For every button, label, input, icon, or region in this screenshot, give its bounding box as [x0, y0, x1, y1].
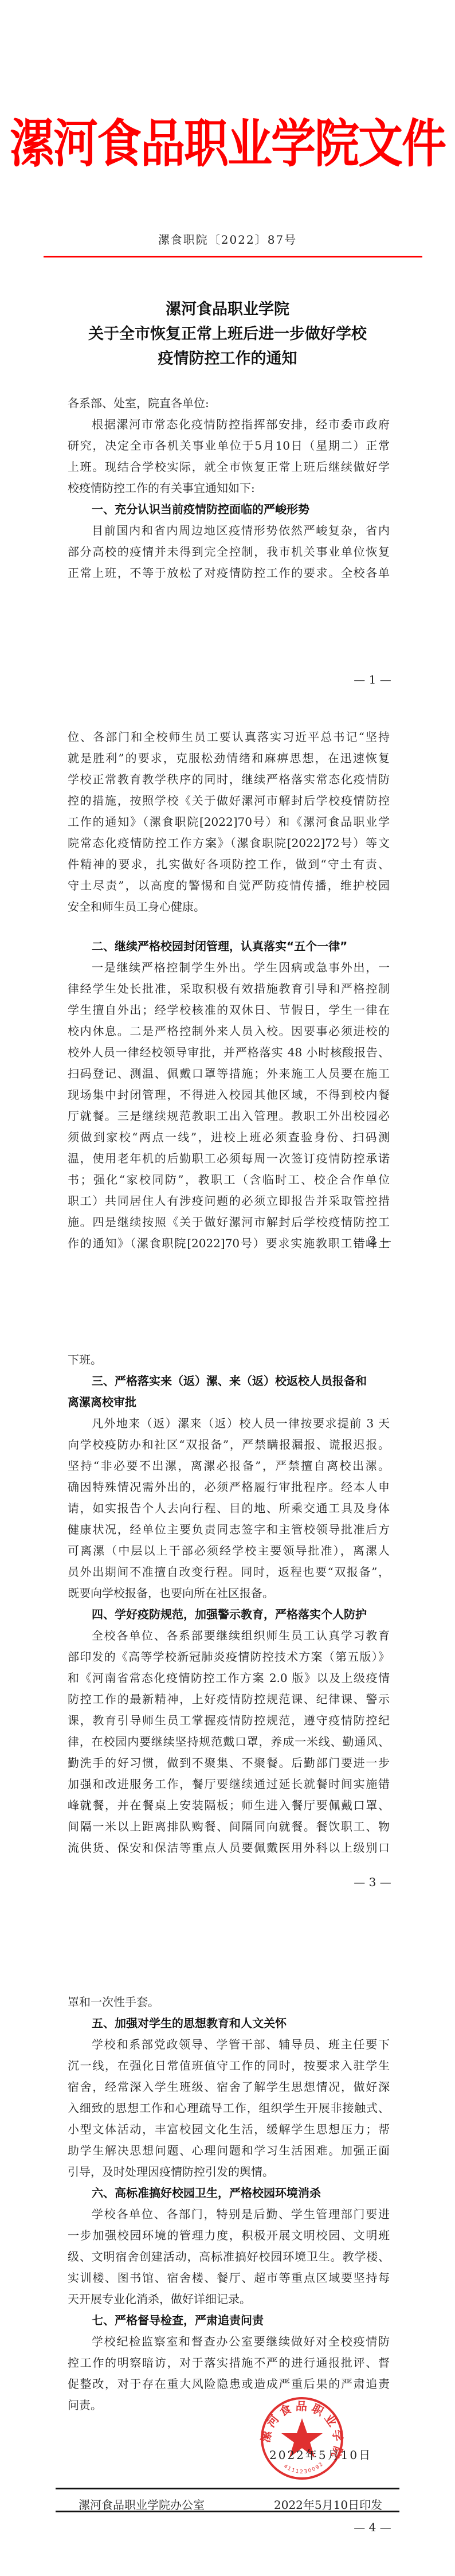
body-text-line: 一是继续严格控制学生外出。学生因病或急事外出，一 [92, 957, 390, 978]
body-text-line: 施。四是继续按照《关于做好漯河市解封后学校疫情防控工 [68, 1212, 390, 1233]
body-text-line: 峰就餐，并在餐桌上安装隔板；师生进入餐厅要佩戴口罩、 [68, 1795, 390, 1816]
seal-star-icon: 漯河食品职业学院 4111230092 [259, 2395, 345, 2481]
body-text-line: 罩和一次性手套。 [68, 1992, 390, 2013]
section-heading: 六、高标准搞好校园卫生，严格校园环境消杀 [92, 2183, 321, 2204]
body-text-line: 可离漯（中层以上干部必须经学校主要领导批准），离漯人 [68, 1540, 390, 1562]
section-heading: 一、充分认识当前疫情防控面临的严峻形势 [92, 499, 309, 520]
body-text-line: 助学生解决思想问题、心理问题和学习生活困难。加强正面 [68, 2140, 390, 2161]
body-text-line: 部印发的《高等学校新冠肺炎疫情防控技术方案（第五版）》 [68, 1646, 390, 1668]
body-text-line: 控工作的明察暗访，对于落实措施不严的进行通报批评、督 [68, 2352, 390, 2374]
body-text-line: 宿舍，经常深入学生班级、宿舍了解学生思想情况，做好深 [68, 2077, 390, 2098]
body-text-line: 部分高校的疫情并未得到完全控制，我市机关事业单位恢复 [68, 541, 390, 563]
body-text-line: 控的措施，按照学校《关于做好漯河市解封后学校疫情防控 [68, 790, 390, 811]
body-text-line: 下班。 [68, 1349, 390, 1371]
body-text-line: 健康状况，经单位主要负责同志签字和主管校领导批准后方 [68, 1519, 390, 1540]
body-text-line: 天开展专业化消杀，做好详细记录。 [68, 2289, 390, 2310]
section-heading: 二、继续严格校园封闭管理，认真落实“五个一律” [92, 936, 347, 957]
body-text-line: 目前国内和省内周边地区疫情形势依然严峻复杂，省内 [92, 520, 390, 541]
page-number-1: — 1 — [350, 673, 395, 686]
body-text-line: 既要向学校报备，也要向所在社区报备。 [68, 1583, 390, 1604]
body-text-line: 现场集中封闭管理，不得进入校园其他区域，不得到校内餐 [68, 1084, 390, 1106]
body-text-line: 学校纪检监察室和督查办公室要继续做好对全校疫情防 [92, 2331, 390, 2352]
section-heading: 离漯离校审批 [68, 1392, 136, 1413]
body-text-line: 坚持“非必要不出漯，离漯必报备”，严禁擅自离校出漯。 [68, 1455, 390, 1477]
body-text-line: 间隔一米以上距离排队购餐、间隔同向就餐。餐饮职工、物 [68, 1816, 390, 1837]
body-text-line: 作的通知》（漯食职院[2022]70号）要求实施教职工错峰上 [68, 1233, 390, 1254]
body-text-line: 勤洗手的好习惯，做到不聚集、不聚餐。后勤部门要进一步 [68, 1753, 390, 1774]
body-text-line: 凡外地来（返）漯来（返）校人员一律按要求提前 3 天 [92, 1413, 390, 1434]
notice-title-line-2: 关于全市恢复正常上班后进一步做好学校 [0, 322, 455, 346]
section-heading: 七、严格督导检查，严肃追责问责 [92, 2310, 264, 2331]
body-text-line: 位、各部门和全校师生员工要认真落实习近平总书记“坚持 [68, 727, 390, 748]
body-text-line: 向学校疫防办和社区“双报备”，严禁瞒报漏报、谎报迟报。 [68, 1434, 390, 1455]
body-text-line: 实训楼、图书馆、宿舍楼、餐厅、超市等重点区域要坚持每 [68, 2267, 390, 2289]
page-number-2: — 2 — [350, 1234, 395, 1247]
body-text-line: 职工）共同居住人有涉疫问题的必须立即报告并采取管控措 [68, 1191, 390, 1212]
body-text-line: 入细致的思想工作和心理疏导工作，组织学生开展非接触式、 [68, 2098, 390, 2119]
body-text-line: 安全和师生员工身心健康。 [68, 896, 390, 918]
red-header-rule [44, 256, 422, 257]
body-text-line: 工作的通知》（漯食职院[2022]70号）和《漯河食品职业学 [68, 811, 390, 833]
document-number: 漯食职院〔2022〕87号 [0, 231, 455, 247]
section-heading: 五、加强对学生的思想教育和人文关怀 [92, 2013, 287, 2034]
body-text-line: 守土尽责”，以高度的警惕和自觉严防疫情传播，维护校园 [68, 875, 390, 896]
body-text-line: 校疫情防控工作的有关事宜通知如下: [68, 478, 390, 499]
section-heading: 四、学好疫防规范，加强警示教育，严格落实个人防护 [92, 1604, 367, 1625]
page-number-3: — 3 — [350, 1875, 395, 1889]
body-text-line: 防控工作的最新精神，上好疫情防控规范课、纪律课、警示 [68, 1689, 390, 1710]
footer-rule-top [56, 2488, 399, 2489]
body-text-line: 院常态化疫情防控工作方案》（漯食职院[2022]72号）等文 [68, 833, 390, 854]
print-date: 2022年5月10日印发 [274, 2496, 382, 2512]
section-heading: 三、严格落实来（返）漯、来（返）校返校人员报备和 [92, 1371, 367, 1392]
body-text-line: 促整改，对于存在重大风险隐患或造成严重后果的严肃追责 [68, 2374, 390, 2395]
body-text-line: 校内休息。二是严格控制外来人员入校。因要事必须进校的 [68, 1021, 390, 1042]
body-text-line: 扫码登记、测温、佩戴口罩等措施；外来施工人员要在施工 [68, 1063, 390, 1084]
page-number-4: — 4 — [350, 2520, 395, 2534]
body-text-line: 律，在校园内要继续坚持规范戴口罩，养成一米线、勤通风、 [68, 1731, 390, 1753]
body-text-line: 全校各单位、各系部要继续组织师生员工认真学习教育 [92, 1625, 390, 1646]
notice-title-line-3: 疫情防控工作的通知 [0, 346, 455, 371]
body-text-line: 学校各单位、各部门，特别是后勤、学生管理部门要进 [92, 2204, 390, 2225]
body-text-line: 须做到家校“两点一线”，进校上班必须查验身份、扫码测 [68, 1127, 390, 1148]
body-text-line: 小型文体活动，丰富校园文化生活，缓解学生思想压力；帮 [68, 2119, 390, 2140]
body-text-line: 确因特殊情况需外出的，必须严格履行审批程序。经本人申 [68, 1477, 390, 1498]
body-text-line: 件精神的要求，扎实做好各项防控工作，做到“守土有责、 [68, 854, 390, 875]
footer-rule-bottom [56, 2511, 399, 2512]
body-text-line: 就是胜利”的要求，克服松劲情绪和麻痹思想，在迅速恢复 [68, 748, 390, 769]
body-text-line: 根据漯河市常态化疫情防控指挥部安排，经市委市政府 [92, 414, 390, 435]
body-text-line: 课，教育引导师生员工掌握疫情防控规范，遵守疫情防控纪 [68, 1710, 390, 1731]
body-text-line: 正常上班，不等于放松了对疫情防控工作的要求。全校各单 [68, 563, 390, 584]
issuing-office: 漯河食品职业学院办公室 [79, 2496, 205, 2512]
body-text-line: 上班。现结合学校实际，就全市恢复正常上班后继续做好学 [68, 456, 390, 478]
salutation: 各系部、处室，院直各单位: [68, 393, 390, 414]
signature-date: 2022年5月10日 [269, 2446, 372, 2462]
body-text-line: 学校正常教育教学秩序的同时，继续严格落实常态化疫情防 [68, 769, 390, 790]
body-text-line: 沉一线，在强化日常值班值守工作的同时，按要求入驻学生 [68, 2055, 390, 2077]
body-text-line: 研究，决定全市各机关事业单位于5月10日（星期二）正常 [68, 435, 390, 456]
body-text-line: 加强和改进服务工作，餐厅要继续通过延长就餐时间实施错 [68, 1774, 390, 1795]
body-text-line: 员外出期间不准擅自改变行程。同时，返程也要“双报备”， [68, 1562, 390, 1583]
body-text-line: 书；强化“家校同防”，教职工（含临时工、校企合作单位 [68, 1169, 390, 1191]
body-text-line: 和《河南省常态化疫情防控工作方案 2.0 版》以及上级疫情 [68, 1668, 390, 1689]
body-text-line: 学生擅自外出；经学校核准的双休日、节假日，学生一律在 [68, 1000, 390, 1021]
body-text-line: 学校和系部党政领导、学管干部、辅导员、班主任要下 [92, 2034, 390, 2055]
body-text-line: 温，使用老年机的后勤职工必须每周一次签订疫情防控承诺 [68, 1148, 390, 1169]
notice-title-line-1: 漯河食品职业学院 [0, 297, 455, 322]
body-text-line: 律经学生处长批准，采取积极有效措施教育引导和严格控制 [68, 978, 390, 1000]
body-text-line: 厅就餐。三是继续规范教职工出入管理。教职工外出校园必 [68, 1106, 390, 1127]
svg-text:4111230092: 4111230092 [283, 2461, 325, 2475]
body-text-line: 一步加强校园环境的管理力度，积极开展文明校园、文明班 [68, 2225, 390, 2246]
body-text-line: 请，如实报告个人去向行程、目的地、所乘交通工具及身体 [68, 1498, 390, 1519]
body-text-line: 引导，及时处理因疫情防控引发的舆情。 [68, 2161, 390, 2183]
official-seal: 漯河食品职业学院 4111230092 [259, 2395, 345, 2481]
body-text-line: 流供货、保安和保洁等重点人员要佩戴医用外科以上级别口 [68, 1837, 390, 1859]
org-document-title: 漯河食品职业学院文件 [0, 115, 455, 174]
body-text-line: 校外人员一律经校领导审批，并严格落实 48 小时核酸报告、 [68, 1042, 390, 1063]
body-text-line: 级、文明宿舍创建活动，高标准搞好校园环境卫生。教学楼、 [68, 2246, 390, 2267]
